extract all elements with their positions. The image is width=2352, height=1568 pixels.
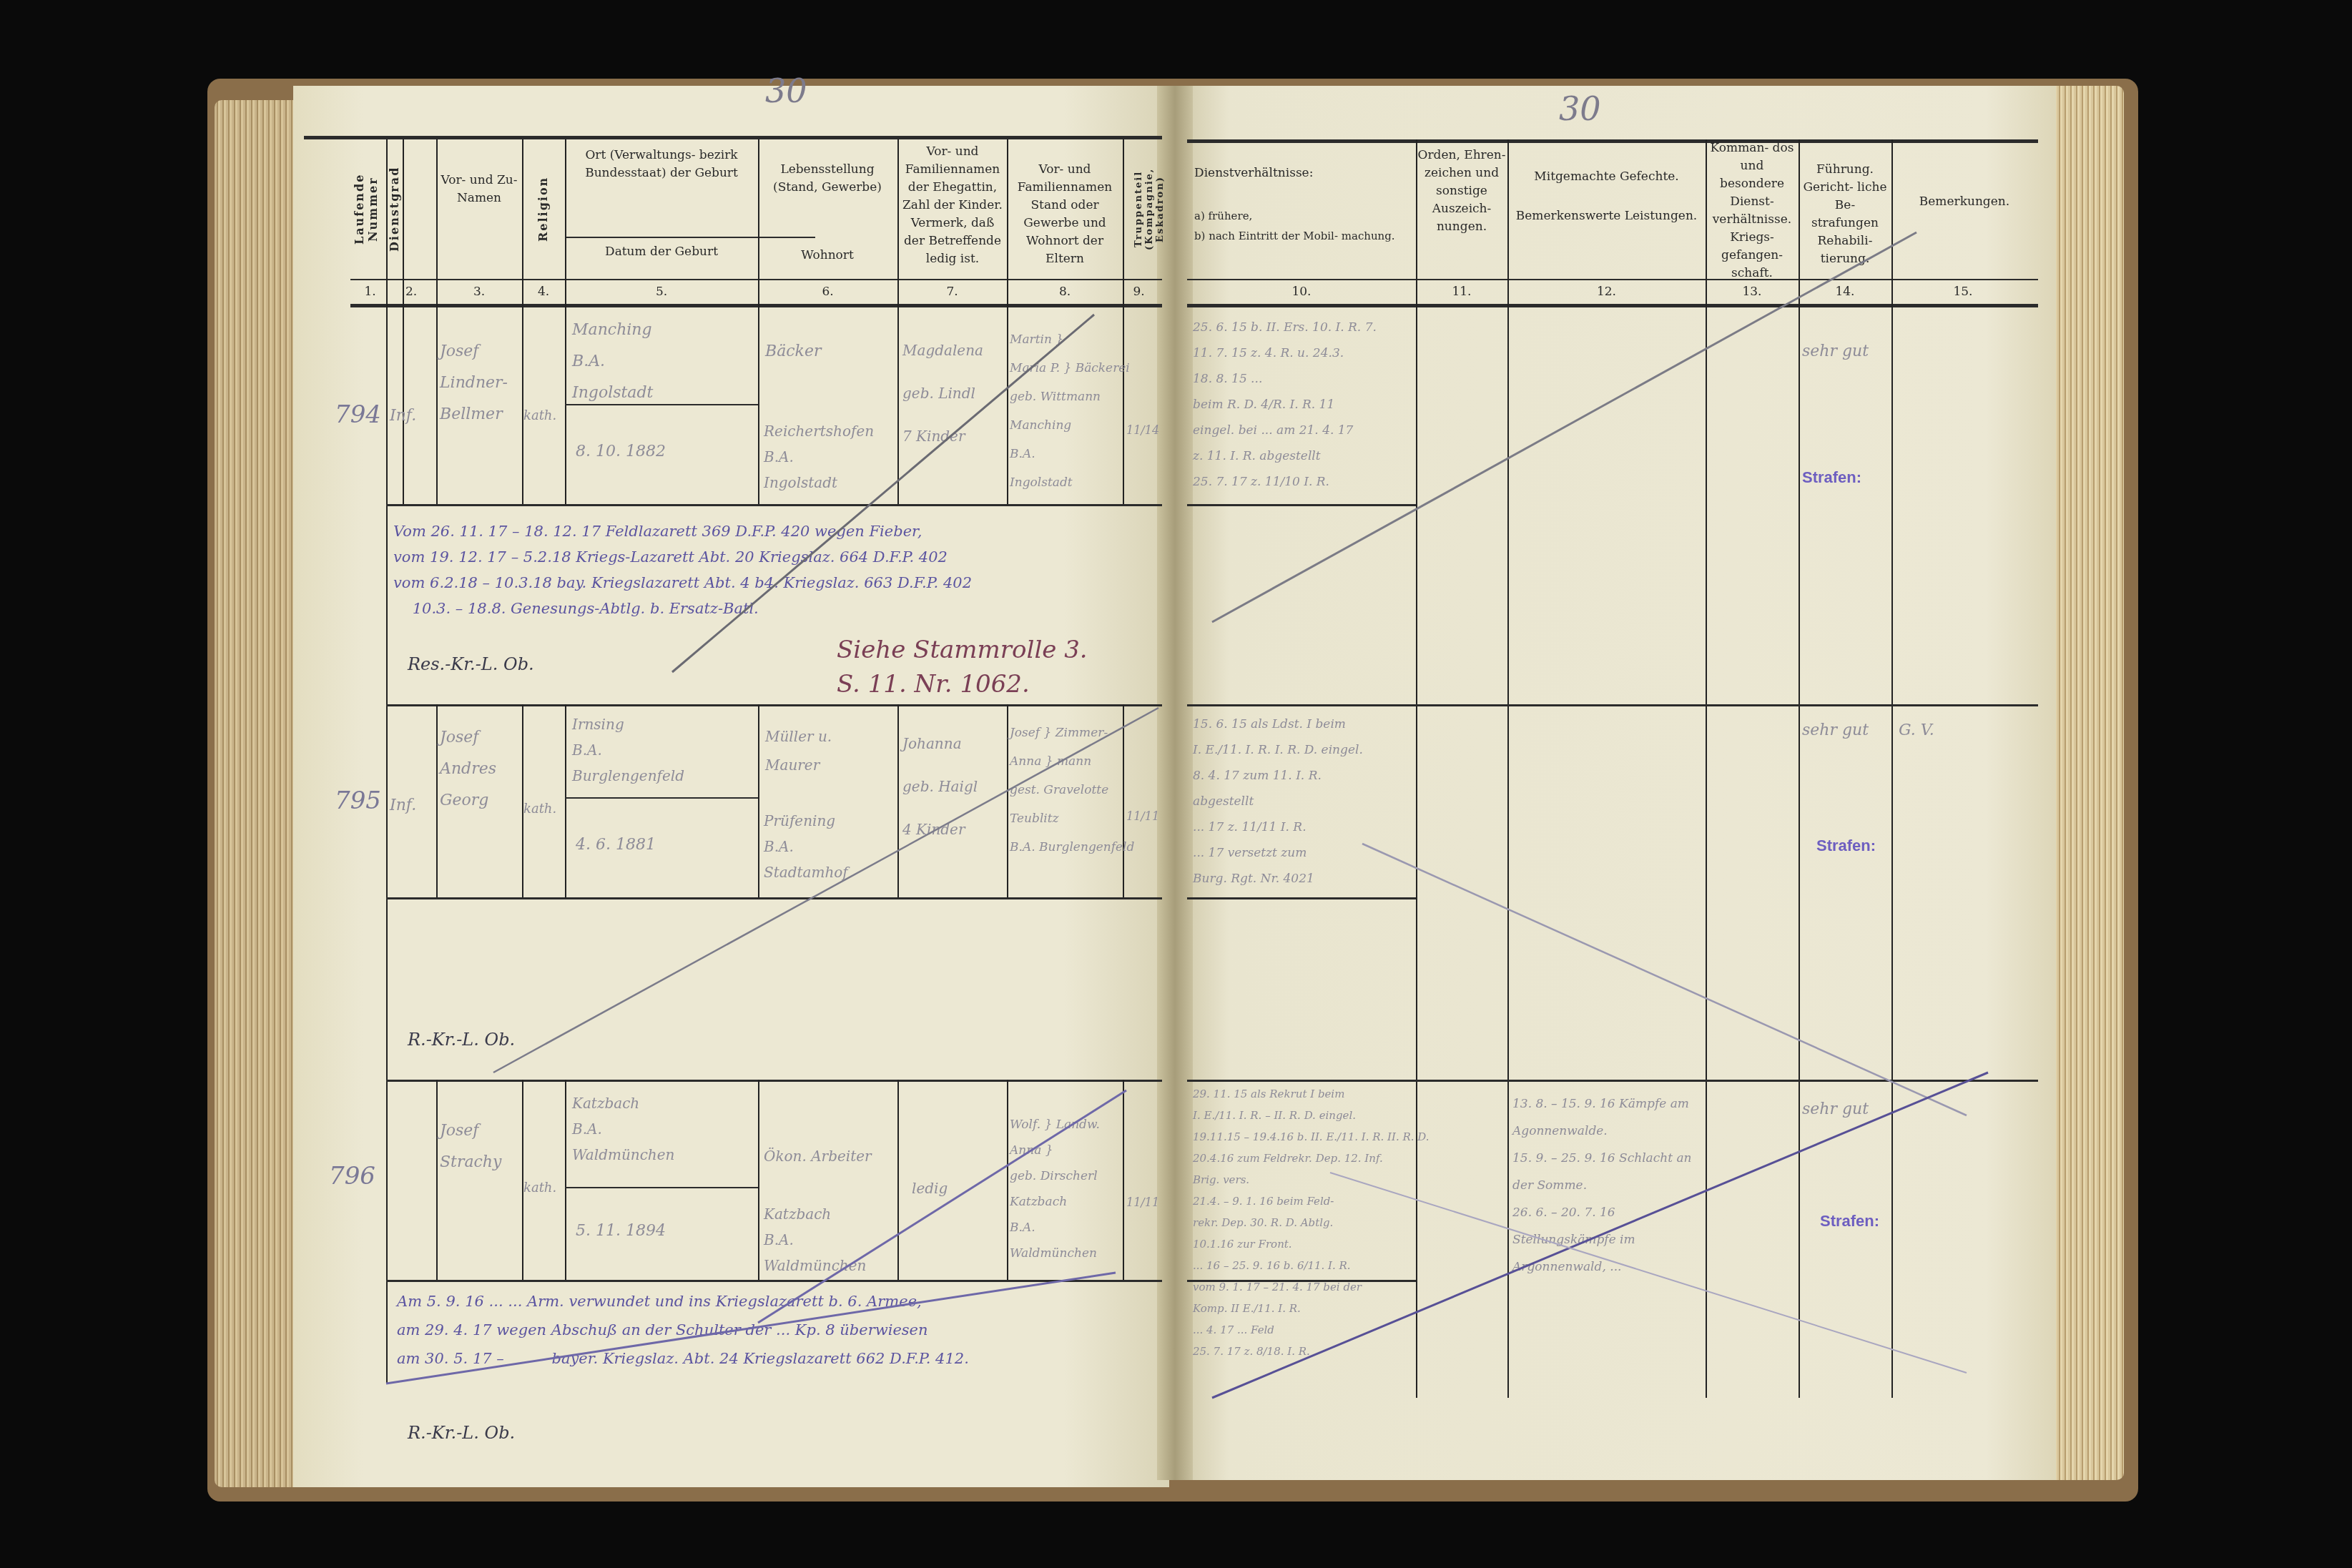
header-col-2: Dienstgrad — [388, 147, 401, 272]
entry-794-occupation: Bäcker — [765, 336, 821, 368]
row-rule — [1187, 897, 1416, 899]
col-num-13: 13. — [1706, 285, 1799, 299]
entry-795-signature: R.-Kr.-L. Ob. — [408, 1030, 515, 1050]
entry-795-unit: 11/11 — [1126, 801, 1159, 832]
header-col-6: Lebensstellung (Stand, Gewerbe) — [759, 161, 895, 197]
col-sep — [1891, 139, 1893, 1398]
cell-sub-rule — [565, 797, 758, 799]
header-bottom-rule — [350, 304, 1162, 307]
entry-794-spouse: Magdalena geb. Lindl 7 Kinder — [902, 329, 983, 458]
col-num-1: 1. — [354, 285, 386, 299]
header-col-14: Führung. Gericht- liche Be- strafungen R… — [1800, 161, 1890, 268]
page-number-right: 30 — [1559, 89, 1601, 128]
entry-796-parents: Wolf. } Landw. Anna } geb. Dirscherl Kat… — [1010, 1112, 1100, 1266]
entry-796-number: 796 — [329, 1162, 375, 1190]
entry-795-spouse: Johanna geb. Haigl 4 Kinder — [902, 722, 978, 851]
col-sep — [565, 1080, 566, 1280]
entry-795-strafen-stamp: Strafen: — [1816, 837, 1876, 855]
col-num-5: 5. — [565, 285, 758, 299]
entry-795-remarks: G. V. — [1899, 715, 1934, 746]
entry-796-battles: 13. 8. – 15. 9. 16 Kämpfe am Agonnenwald… — [1512, 1090, 1692, 1281]
entry-794-birthdate: 8. 10. 1882 — [576, 436, 666, 468]
col-sep — [403, 139, 404, 504]
entry-794-parents: Martin } Maria P. } Bäckerei geb. Wittma… — [1010, 325, 1130, 497]
header-col-9: Truppenteil (Kompagnie, Eskadron) — [1133, 147, 1166, 272]
col-sep — [565, 704, 566, 897]
entry-795-birthdate: 4. 6. 1881 — [576, 829, 656, 861]
col-sep — [436, 704, 438, 897]
row-rule — [386, 897, 1162, 899]
entry-795-residence: Prüfening B.A. Stadtamhof — [764, 808, 848, 885]
row-rule — [386, 504, 1162, 506]
entry-796-birthdate: 5. 11. 1894 — [576, 1216, 666, 1247]
entry-794-birthplace: Manching B.A. Ingolstadt — [572, 315, 653, 409]
header-col-15: Bemerkungen. — [1893, 193, 2036, 211]
entry-794-number: 794 — [335, 400, 381, 429]
entry-794-reference: Siehe Stammrolle 3. S. 11. Nr. 1062. — [837, 633, 1088, 701]
entry-796-notes: Am 5. 9. 16 ... ... Arm. verwundet und i… — [397, 1287, 969, 1373]
col-num-7: 7. — [897, 285, 1007, 299]
entry-796-religion: kath. — [523, 1173, 556, 1204]
entry-794-signature: Res.-Kr.-L. Ob. — [408, 654, 534, 674]
col-num-11: 11. — [1416, 285, 1507, 299]
header-sub-rule — [565, 237, 815, 238]
col-sep — [436, 1080, 438, 1280]
header-col-13: Komman- dos und besondere Dienst- verhäl… — [1707, 139, 1797, 282]
row-rule — [1187, 504, 1416, 506]
entry-796-occupation: Ökon. Arbeiter — [764, 1140, 872, 1172]
entry-795-number: 795 — [335, 787, 381, 815]
entry-796-strafen-stamp: Strafen: — [1820, 1212, 1879, 1231]
col-num-3: 3. — [436, 285, 522, 299]
row-rule — [386, 704, 1162, 706]
entry-795-service: 15. 6. 15 als Ldst. I beim I. E./11. I. … — [1193, 711, 1363, 892]
entry-794-residence: Reichertshofen B.A. Ingolstadt — [764, 418, 874, 495]
col-num-2: 2. — [386, 285, 436, 299]
header-col-7: Vor- und Familiennamen der Ehegattin, Za… — [899, 143, 1006, 268]
header-bottom-rule-right — [1187, 304, 2038, 307]
page-number-left: 30 — [765, 72, 807, 110]
entry-795-birthplace: Irnsing B.A. Burglengenfeld — [572, 711, 684, 789]
col-num-6: 6. — [758, 285, 897, 299]
col-sep — [897, 1080, 899, 1280]
entry-796-unit: 11/11 — [1126, 1187, 1159, 1218]
entry-795-rank: Inf. — [390, 790, 416, 822]
header-col-12-sub: Bemerkenswerte Leistungen. — [1509, 207, 1704, 225]
col-num-12: 12. — [1507, 285, 1706, 299]
header-col-10-a: a) frühere, — [1194, 207, 1409, 225]
header-col-10-b: b) nach Eintritt der Mobil- machung. — [1194, 227, 1409, 245]
col-sep — [897, 704, 899, 897]
col-sep — [1507, 139, 1509, 1398]
entry-794-strafen-stamp: Strafen: — [1802, 468, 1861, 487]
header-col-12: Mitgemachte Gefechte. — [1509, 168, 1704, 186]
entry-795-parents: Josef } Zimmer- Anna } mann gest. Gravel… — [1010, 719, 1134, 862]
entry-794-name: Josef Lindner- Bellmer — [440, 336, 508, 430]
entry-794-notes: Vom 26. 11. 17 – 18. 12. 17 Feldlazarett… — [393, 518, 972, 621]
col-sep — [386, 139, 388, 1384]
entry-796-birthplace: Katzbach B.A. Waldmünchen — [572, 1090, 674, 1168]
header-col-1: Laufende Nummer — [353, 147, 380, 272]
cell-sub-rule — [565, 1187, 758, 1188]
col-sep — [1007, 1080, 1008, 1280]
col-sep — [522, 139, 523, 504]
col-num-15: 15. — [1891, 285, 2034, 299]
col-sep — [1007, 704, 1008, 897]
header-top-rule-right — [1187, 139, 2038, 143]
row-rule — [1187, 1080, 2038, 1082]
header-col-3: Vor- und Zu- Namen — [438, 172, 521, 207]
entry-795-conduct: sehr gut — [1802, 715, 1869, 746]
entry-796-name: Josef Strachy — [440, 1115, 501, 1178]
entry-796-signature: R.-Kr.-L. Ob. — [408, 1423, 515, 1443]
header-col-11: Orden, Ehren- zeichen und sonstige Ausze… — [1417, 147, 1506, 236]
col-sep — [758, 704, 759, 897]
col-num-14: 14. — [1799, 285, 1891, 299]
header-col-10: Dienstverhältnisse: — [1194, 164, 1409, 182]
col-sep — [565, 139, 566, 504]
col-num-9: 9. — [1123, 285, 1155, 299]
row-rule — [1187, 704, 2038, 706]
header-number-rule-right — [1187, 279, 2038, 280]
header-col-5: Ort (Verwaltungs- bezirk Bundesstaat) de… — [566, 147, 757, 182]
col-sep — [758, 1080, 759, 1280]
col-sep — [1799, 139, 1800, 1398]
entry-794-unit: 11/14 — [1126, 415, 1159, 446]
col-sep — [1706, 139, 1707, 1398]
entry-794-religion: kath. — [523, 400, 556, 432]
entry-794-service: 25. 6. 15 b. II. Ers. 10. I. R. 7. 11. 7… — [1193, 315, 1377, 495]
header-number-rule — [350, 279, 1162, 280]
entry-796-service: 29. 11. 15 als Rekrut I beim I. E./11. I… — [1193, 1083, 1430, 1362]
entry-796-residence: Katzbach B.A. Waldmünchen — [764, 1201, 866, 1278]
entry-796-conduct: sehr gut — [1802, 1094, 1869, 1125]
header-col-4: Religion — [536, 147, 550, 272]
entry-795-religion: kath. — [523, 794, 556, 825]
row-rule — [386, 1280, 1162, 1282]
col-num-10: 10. — [1187, 285, 1416, 299]
header-top-rule — [304, 136, 1162, 139]
row-rule — [386, 1080, 1162, 1082]
entry-795-name: Josef Andres Georg — [440, 722, 496, 817]
page-stack-right — [2045, 86, 2124, 1480]
col-num-4: 4. — [522, 285, 565, 299]
header-col-8: Vor- und Familiennamen Stand oder Gewerb… — [1008, 161, 1121, 268]
header-col-6-sub: Wohnort — [759, 247, 895, 265]
header-col-5-sub: Datum der Geburt — [566, 243, 757, 261]
entry-796-spouse: ledig — [912, 1173, 948, 1204]
col-sep — [1123, 1080, 1124, 1280]
entry-795-occupation: Müller u. Maurer — [765, 722, 832, 779]
col-num-8: 8. — [1007, 285, 1123, 299]
entry-794-conduct: sehr gut — [1802, 336, 1869, 368]
entry-794-rank: Inf. — [390, 400, 416, 432]
